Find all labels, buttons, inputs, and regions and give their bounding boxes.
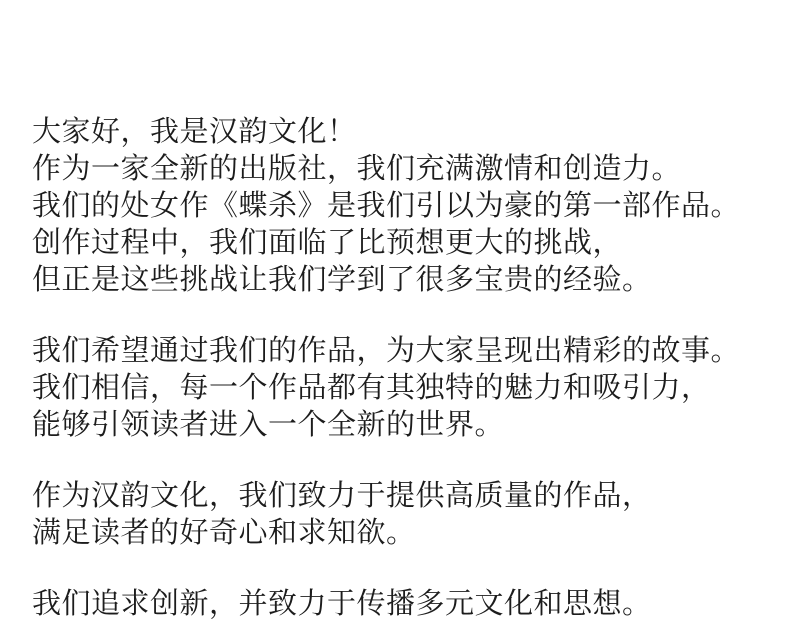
paragraph-intro: 大家好，我是汉韵文化！ 作为一家全新的出版社，我们充满激情和创造力。 我们的处女… [32, 114, 772, 299]
text-line: 我们的处女作《蝶杀》是我们引以为豪的第一部作品。 [32, 188, 772, 225]
paragraph-hope: 我们希望通过我们的作品，为大家呈现出精彩的故事。 我们相信，每一个作品都有其独特… [32, 333, 772, 444]
text-line: 我们希望通过我们的作品，为大家呈现出精彩的故事。 [32, 333, 772, 370]
text-page: 大家好，我是汉韵文化！ 作为一家全新的出版社，我们充满激情和创造力。 我们的处女… [0, 0, 800, 624]
text-line: 作为汉韵文化，我们致力于提供高质量的作品， [32, 478, 772, 515]
text-line: 我们相信，每一个作品都有其独特的魅力和吸引力， [32, 370, 772, 407]
text-line: 我们追求创新，并致力于传播多元文化和思想。 [32, 586, 772, 623]
paragraph-quality: 作为汉韵文化，我们致力于提供高质量的作品， 满足读者的好奇心和求知欲。 [32, 478, 772, 552]
text-line: 能够引领读者进入一个全新的世界。 [32, 407, 772, 444]
text-line: 大家好，我是汉韵文化！ [32, 114, 772, 151]
text-line: 满足读者的好奇心和求知欲。 [32, 515, 772, 552]
text-line: 作为一家全新的出版社，我们充满激情和创造力。 [32, 151, 772, 188]
text-line: 创作过程中，我们面临了比预想更大的挑战， [32, 225, 772, 262]
paragraph-innovation: 我们追求创新，并致力于传播多元文化和思想。 [32, 586, 772, 623]
text-line: 但正是这些挑战让我们学到了很多宝贵的经验。 [32, 262, 772, 299]
